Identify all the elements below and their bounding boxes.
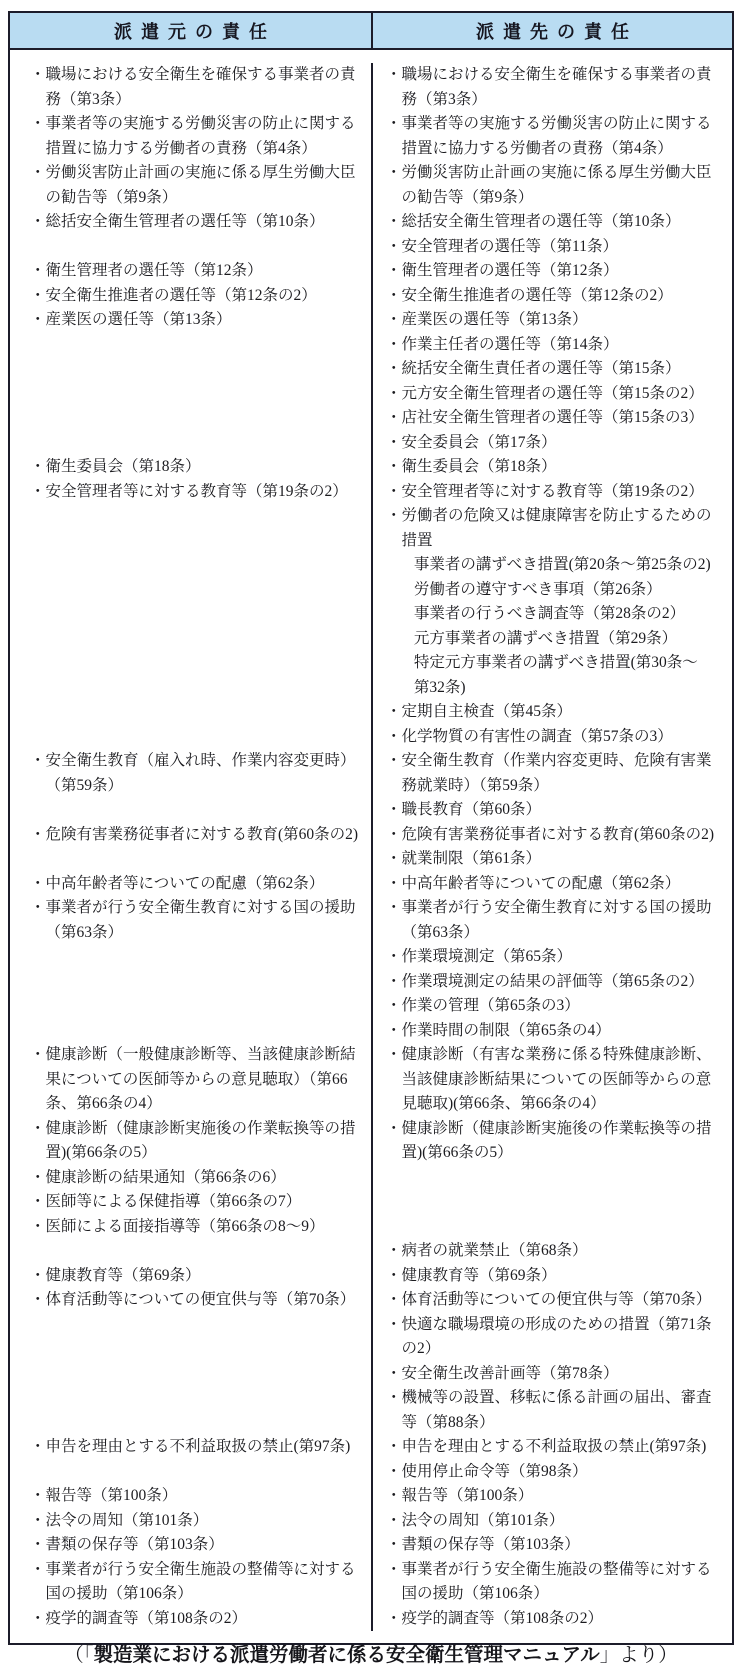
- client-cell: 労働者の遵守すべき事項（第26条）: [371, 578, 732, 603]
- client-cell: ・健康診断（健康診断実施後の作業転換等の措 置)(第66条の5）: [371, 1117, 732, 1166]
- table-row: ・快適な職場環境の形成のための措置（第71条 の2）: [10, 1313, 732, 1362]
- dispatcher-cell: ・産業医の選任等（第13条）: [10, 308, 371, 333]
- table-row: ・店社安全衛生管理者の選任等（第15条の3）: [10, 406, 732, 431]
- client-cell: ・申告を理由とする不利益取扱の禁止(第97条): [371, 1435, 732, 1460]
- dispatcher-cell: [10, 798, 371, 823]
- law-item: ・衛生委員会（第18条）: [386, 455, 727, 480]
- law-item: ・危険有害業務従事者に対する教育(第60条の2): [386, 823, 727, 848]
- law-item: ・衛生委員会（第18条）: [30, 455, 366, 480]
- client-cell: ・労働災害防止計画の実施に係る厚生労働大臣 の勧告等（第9条）: [371, 161, 732, 210]
- law-item: ・医師等による保健指導（第66条の7）: [30, 1190, 366, 1215]
- law-item: ・体育活動等についての便宜供与等（第70条）: [30, 1288, 366, 1313]
- header-dispatcher-responsibility: 派遣元の責任: [10, 13, 371, 48]
- dispatcher-cell: ・事業者が行う安全衛生教育に対する国の援助 （第63条）: [10, 896, 371, 945]
- client-cell: ・作業主任者の選任等（第14条）: [371, 333, 732, 358]
- table-row: ・労働災害防止計画の実施に係る厚生労働大臣 の勧告等（第9条）・労働災害防止計画…: [10, 161, 732, 210]
- table-header-row: 派遣元の責任 派遣先の責任: [10, 13, 732, 50]
- law-item: ・統括安全衛生責任者の選任等（第15条）: [386, 357, 727, 382]
- client-cell: ・安全衛生教育（作業内容変更時、危険有害業 務就業時）（第59条）: [371, 749, 732, 798]
- source-note: （「製造業における派遣労働者に係る安全衛生管理マニュアル」より）: [0, 1641, 742, 1671]
- table-row: 事業者の行うべき調査等（第28条の2）: [10, 602, 732, 627]
- law-item: ・体育活動等についての便宜供与等（第70条）: [386, 1288, 727, 1313]
- table-row: ・機械等の設置、移転に係る計画の届出、審査 等（第88条）: [10, 1386, 732, 1435]
- table-row: ・危険有害業務従事者に対する教育(第60条の2)・危険有害業務従事者に対する教育…: [10, 823, 732, 848]
- client-cell: ・安全衛生推進者の選任等（第12条の2）: [371, 284, 732, 309]
- law-item: ・中高年齢者等についての配慮（第62条）: [386, 872, 727, 897]
- table-row: ・元方安全衛生管理者の選任等（第15条の2）: [10, 382, 732, 407]
- client-cell: ・健康教育等（第69条）: [371, 1264, 732, 1289]
- dispatcher-cell: [10, 1362, 371, 1387]
- client-cell: [371, 1215, 732, 1240]
- law-item: ・安全管理者等に対する教育等（第19条の2）: [30, 480, 366, 505]
- table-row: ・健康診断（健康診断実施後の作業転換等の措 置)(第66条の5）・健康診断（健康…: [10, 1117, 732, 1166]
- client-cell: ・作業時間の制限（第65条の4）: [371, 1019, 732, 1044]
- dispatcher-cell: ・健康教育等（第69条）: [10, 1264, 371, 1289]
- table-row: 労働者の遵守すべき事項（第26条）: [10, 578, 732, 603]
- client-cell: ・作業環境測定の結果の評価等（第65条の2）: [371, 970, 732, 995]
- law-item: ・総括安全衛生管理者の選任等（第10条）: [386, 210, 727, 235]
- client-cell: ・中高年齢者等についての配慮（第62条）: [371, 872, 732, 897]
- dispatcher-cell: ・事業者が行う安全衛生施設の整備等に対する 国の援助（第106条）: [10, 1558, 371, 1607]
- law-item: ・報告等（第100条）: [386, 1484, 727, 1509]
- client-cell: ・元方安全衛生管理者の選任等（第15条の2）: [371, 382, 732, 407]
- dispatcher-cell: [10, 1386, 371, 1435]
- law-item: ・事業者が行う安全衛生教育に対する国の援助 （第63条）: [386, 896, 727, 945]
- table-row: ・作業の管理（第65条の3）: [10, 994, 732, 1019]
- dispatcher-cell: ・法令の周知（第101条）: [10, 1509, 371, 1534]
- client-cell: ・総括安全衛生管理者の選任等（第10条）: [371, 210, 732, 235]
- table-row: ・安全管理者等に対する教育等（第19条の2）・安全管理者等に対する教育等（第19…: [10, 480, 732, 505]
- client-cell: ・体育活動等についての便宜供与等（第70条）: [371, 1288, 732, 1313]
- law-item: ・労働者の危険又は健康障害を防止するための 措置: [386, 504, 727, 553]
- header-client-responsibility: 派遣先の責任: [371, 13, 732, 48]
- law-item: ・健康診断（健康診断実施後の作業転換等の措 置)(第66条の5）: [386, 1117, 727, 1166]
- dispatcher-cell: ・危険有害業務従事者に対する教育(第60条の2): [10, 823, 371, 848]
- comparison-table: 派遣元の責任 派遣先の責任 ・職場における安全衛生を確保する事業者の責 務（第3…: [8, 11, 734, 1645]
- client-cell: ・法令の周知（第101条）: [371, 1509, 732, 1534]
- law-item: ・職場における安全衛生を確保する事業者の責 務（第3条）: [386, 63, 727, 112]
- law-item: ・安全委員会（第17条）: [386, 431, 727, 456]
- law-item: ・衛生管理者の選任等（第12条）: [386, 259, 727, 284]
- client-cell: ・報告等（第100条）: [371, 1484, 732, 1509]
- dispatcher-cell: [10, 333, 371, 358]
- law-item: ・事業者が行う安全衛生教育に対する国の援助 （第63条）: [30, 896, 366, 945]
- dispatcher-cell: [10, 602, 371, 627]
- table-row: ・医師による面接指導等（第66条の8～9）: [10, 1215, 732, 1240]
- law-item: ・健康診断の結果通知（第66条の6）: [30, 1166, 366, 1191]
- dispatcher-cell: ・安全管理者等に対する教育等（第19条の2）: [10, 480, 371, 505]
- dispatcher-cell: [10, 553, 371, 578]
- table-row: ・衛生管理者の選任等（第12条）・衛生管理者の選任等（第12条）: [10, 259, 732, 284]
- client-cell: [371, 1190, 732, 1215]
- law-item: ・危険有害業務従事者に対する教育(第60条の2): [30, 823, 366, 848]
- table-row: ・事業者が行う安全衛生教育に対する国の援助 （第63条）・事業者が行う安全衛生教…: [10, 896, 732, 945]
- dispatcher-cell: [10, 235, 371, 260]
- law-item: 元方事業者の講ずべき措置（第29条）: [386, 627, 727, 652]
- client-cell: 事業者の行うべき調査等（第28条の2）: [371, 602, 732, 627]
- client-cell: ・作業環境測定（第65条）: [371, 945, 732, 970]
- law-item: ・作業の管理（第65条の3）: [386, 994, 727, 1019]
- dispatcher-cell: [10, 994, 371, 1019]
- dispatcher-cell: ・安全衛生推進者の選任等（第12条の2）: [10, 284, 371, 309]
- client-cell: ・快適な職場環境の形成のための措置（第71条 の2）: [371, 1313, 732, 1362]
- table-row: ・作業環境測定の結果の評価等（第65条の2）: [10, 970, 732, 995]
- law-item: ・法令の周知（第101条）: [30, 1509, 366, 1534]
- law-item: ・健康診断（健康診断実施後の作業転換等の措 置)(第66条の5）: [30, 1117, 366, 1166]
- table-row: ・安全管理者の選任等（第11条）: [10, 235, 732, 260]
- client-cell: ・安全管理者等に対する教育等（第19条の2）: [371, 480, 732, 505]
- dispatcher-cell: [10, 700, 371, 725]
- law-item: ・作業環境測定の結果の評価等（第65条の2）: [386, 970, 727, 995]
- table-row: ・労働者の危険又は健康障害を防止するための 措置: [10, 504, 732, 553]
- client-cell: ・安全衛生改善計画等（第78条）: [371, 1362, 732, 1387]
- table-row: ・産業医の選任等（第13条）・産業医の選任等（第13条）: [10, 308, 732, 333]
- dispatcher-cell: [10, 651, 371, 700]
- law-item: ・報告等（第100条）: [30, 1484, 366, 1509]
- dispatcher-cell: [10, 627, 371, 652]
- law-item: ・書類の保存等（第103条）: [30, 1533, 366, 1558]
- table-row: ・安全衛生教育（雇入れ時、作業内容変更時） （第59条）・安全衛生教育（作業内容…: [10, 749, 732, 798]
- law-item: ・病者の就業禁止（第68条）: [386, 1239, 727, 1264]
- source-note-prefix: （「: [64, 1645, 93, 1666]
- law-item: ・安全衛生教育（作業内容変更時、危険有害業 務就業時）（第59条）: [386, 749, 727, 798]
- dispatcher-cell: [10, 970, 371, 995]
- table-row: ・健康診断（一般健康診断等、当該健康診断結 果についての医師等からの意見聴取）（…: [10, 1043, 732, 1117]
- table-row: ・安全委員会（第17条）: [10, 431, 732, 456]
- client-cell: ・衛生管理者の選任等（第12条）: [371, 259, 732, 284]
- client-cell: ・作業の管理（第65条の3）: [371, 994, 732, 1019]
- table-row: ・作業主任者の選任等（第14条）: [10, 333, 732, 358]
- law-item: ・健康教育等（第69条）: [30, 1264, 366, 1289]
- law-item: ・労働災害防止計画の実施に係る厚生労働大臣 の勧告等（第9条）: [30, 161, 366, 210]
- client-cell: ・疫学的調査等（第108条の2）: [371, 1607, 732, 1632]
- dispatcher-cell: ・職場における安全衛生を確保する事業者の責 務（第3条）: [10, 63, 371, 112]
- dispatcher-cell: ・医師による面接指導等（第66条の8～9）: [10, 1215, 371, 1240]
- law-item: 労働者の遵守すべき事項（第26条）: [386, 578, 727, 603]
- client-cell: ・病者の就業禁止（第68条）: [371, 1239, 732, 1264]
- client-cell: ・労働者の危険又は健康障害を防止するための 措置: [371, 504, 732, 553]
- client-cell: ・店社安全衛生管理者の選任等（第15条の3）: [371, 406, 732, 431]
- client-cell: ・化学物質の有害性の調査（第57条の3）: [371, 725, 732, 750]
- table-row: ・病者の就業禁止（第68条）: [10, 1239, 732, 1264]
- table-row: ・申告を理由とする不利益取扱の禁止(第97条)・申告を理由とする不利益取扱の禁止…: [10, 1435, 732, 1460]
- table-row: ・定期自主検査（第45条）: [10, 700, 732, 725]
- law-item: ・労働災害防止計画の実施に係る厚生労働大臣 の勧告等（第9条）: [386, 161, 727, 210]
- table-row: 元方事業者の講ずべき措置（第29条）: [10, 627, 732, 652]
- dispatcher-cell: ・医師等による保健指導（第66条の7）: [10, 1190, 371, 1215]
- table-row: ・就業制限（第61条）: [10, 847, 732, 872]
- law-item: ・化学物質の有害性の調査（第57条の3）: [386, 725, 727, 750]
- source-note-title: 製造業における派遣労働者に係る安全衛生管理マニュアル: [94, 1645, 600, 1666]
- law-item: ・就業制限（第61条）: [386, 847, 727, 872]
- client-cell: ・衛生委員会（第18条）: [371, 455, 732, 480]
- dispatcher-cell: ・事業者等の実施する労働災害の防止に関する 措置に協力する労働者の責務（第4条）: [10, 112, 371, 161]
- dispatcher-cell: [10, 578, 371, 603]
- client-cell: 特定元方事業者の講ずべき措置(第30条～ 第32条): [371, 651, 732, 700]
- table-row: ・総括安全衛生管理者の選任等（第10条）・総括安全衛生管理者の選任等（第10条）: [10, 210, 732, 235]
- client-cell: 元方事業者の講ずべき措置（第29条）: [371, 627, 732, 652]
- client-cell: ・事業者等の実施する労働災害の防止に関する 措置に協力する労働者の責務（第4条）: [371, 112, 732, 161]
- law-item: ・事業者等の実施する労働災害の防止に関する 措置に協力する労働者の責務（第4条）: [30, 112, 366, 161]
- client-cell: ・機械等の設置、移転に係る計画の届出、審査 等（第88条）: [371, 1386, 732, 1435]
- law-item: ・店社安全衛生管理者の選任等（第15条の3）: [386, 406, 727, 431]
- client-cell: ・定期自主検査（第45条）: [371, 700, 732, 725]
- law-item: ・事業者等の実施する労働災害の防止に関する 措置に協力する労働者の責務（第4条）: [386, 112, 727, 161]
- document-page: 派遣元の責任 派遣先の責任 ・職場における安全衛生を確保する事業者の責 務（第3…: [0, 0, 742, 1679]
- dispatcher-cell: ・健康診断（健康診断実施後の作業転換等の措 置)(第66条の5）: [10, 1117, 371, 1166]
- law-item: ・安全衛生教育（雇入れ時、作業内容変更時） （第59条）: [30, 749, 366, 798]
- law-item: ・健康教育等（第69条）: [386, 1264, 727, 1289]
- law-item: 事業者の行うべき調査等（第28条の2）: [386, 602, 727, 627]
- law-item: 特定元方事業者の講ずべき措置(第30条～ 第32条): [386, 651, 727, 700]
- law-item: ・事業者が行う安全衛生施設の整備等に対する 国の援助（第106条）: [30, 1558, 366, 1607]
- dispatcher-cell: [10, 357, 371, 382]
- dispatcher-cell: ・体育活動等についての便宜供与等（第70条）: [10, 1288, 371, 1313]
- table-row: ・衛生委員会（第18条）・衛生委員会（第18条）: [10, 455, 732, 480]
- law-item: ・安全衛生改善計画等（第78条）: [386, 1362, 727, 1387]
- law-item: ・快適な職場環境の形成のための措置（第71条 の2）: [386, 1313, 727, 1362]
- table-row: ・使用停止命令等（第98条）: [10, 1460, 732, 1485]
- client-cell: ・統括安全衛生責任者の選任等（第15条）: [371, 357, 732, 382]
- law-item: ・疫学的調査等（第108条の2）: [30, 1607, 366, 1632]
- dispatcher-cell: [10, 1019, 371, 1044]
- dispatcher-cell: [10, 382, 371, 407]
- dispatcher-cell: ・中高年齢者等についての配慮（第62条）: [10, 872, 371, 897]
- table-row: ・安全衛生改善計画等（第78条）: [10, 1362, 732, 1387]
- dispatcher-cell: [10, 1460, 371, 1485]
- table-row: ・化学物質の有害性の調査（第57条の3）: [10, 725, 732, 750]
- dispatcher-cell: ・総括安全衛生管理者の選任等（第10条）: [10, 210, 371, 235]
- law-item: ・職長教育（第60条）: [386, 798, 727, 823]
- dispatcher-cell: ・衛生管理者の選任等（第12条）: [10, 259, 371, 284]
- table-row: ・体育活動等についての便宜供与等（第70条）・体育活動等についての便宜供与等（第…: [10, 1288, 732, 1313]
- table-row: ・法令の周知（第101条）・法令の周知（第101条）: [10, 1509, 732, 1534]
- client-cell: ・職場における安全衛生を確保する事業者の責 務（第3条）: [371, 63, 732, 112]
- law-item: ・健康診断（有害な業務に係る特殊健康診断、 当該健康診断結果についての医師等から…: [386, 1043, 727, 1117]
- table-row: ・職場における安全衛生を確保する事業者の責 務（第3条）・職場における安全衛生を…: [10, 63, 732, 112]
- dispatcher-cell: [10, 406, 371, 431]
- law-item: 事業者の講ずべき措置(第20条～第25条の2): [386, 553, 727, 578]
- dispatcher-cell: ・衛生委員会（第18条）: [10, 455, 371, 480]
- client-cell: ・使用停止命令等（第98条）: [371, 1460, 732, 1485]
- law-item: ・安全管理者の選任等（第11条）: [386, 235, 727, 260]
- law-item: ・定期自主検査（第45条）: [386, 700, 727, 725]
- law-item: ・申告を理由とする不利益取扱の禁止(第97条): [386, 1435, 727, 1460]
- law-item: ・申告を理由とする不利益取扱の禁止(第97条): [30, 1435, 366, 1460]
- dispatcher-cell: ・報告等（第100条）: [10, 1484, 371, 1509]
- dispatcher-cell: [10, 1313, 371, 1362]
- client-cell: ・産業医の選任等（第13条）: [371, 308, 732, 333]
- table-row: ・報告等（第100条）・報告等（第100条）: [10, 1484, 732, 1509]
- client-cell: ・就業制限（第61条）: [371, 847, 732, 872]
- dispatcher-cell: [10, 945, 371, 970]
- table-row: 特定元方事業者の講ずべき措置(第30条～ 第32条): [10, 651, 732, 700]
- dispatcher-cell: [10, 725, 371, 750]
- table-row: ・健康診断の結果通知（第66条の6）: [10, 1166, 732, 1191]
- law-item: ・健康診断（一般健康診断等、当該健康診断結 果についての医師等からの意見聴取）（…: [30, 1043, 366, 1117]
- table-row: ・健康教育等（第69条）・健康教育等（第69条）: [10, 1264, 732, 1289]
- table-row: ・安全衛生推進者の選任等（第12条の2）・安全衛生推進者の選任等（第12条の2）: [10, 284, 732, 309]
- law-item: ・使用停止命令等（第98条）: [386, 1460, 727, 1485]
- client-cell: ・職長教育（第60条）: [371, 798, 732, 823]
- source-note-suffix: 」より）: [600, 1645, 678, 1666]
- law-item: ・事業者が行う安全衛生施設の整備等に対する 国の援助（第106条）: [386, 1558, 727, 1607]
- client-cell: 事業者の講ずべき措置(第20条～第25条の2): [371, 553, 732, 578]
- client-cell: ・安全管理者の選任等（第11条）: [371, 235, 732, 260]
- client-cell: ・危険有害業務従事者に対する教育(第60条の2): [371, 823, 732, 848]
- client-cell: ・事業者が行う安全衛生施設の整備等に対する 国の援助（第106条）: [371, 1558, 732, 1607]
- law-item: ・作業時間の制限（第65条の4）: [386, 1019, 727, 1044]
- law-item: ・安全衛生推進者の選任等（第12条の2）: [386, 284, 727, 309]
- dispatcher-cell: ・安全衛生教育（雇入れ時、作業内容変更時） （第59条）: [10, 749, 371, 798]
- dispatcher-cell: [10, 431, 371, 456]
- dispatcher-cell: ・健康診断（一般健康診断等、当該健康診断結 果についての医師等からの意見聴取）（…: [10, 1043, 371, 1117]
- table-row: ・事業者が行う安全衛生施設の整備等に対する 国の援助（第106条）・事業者が行う…: [10, 1558, 732, 1607]
- law-item: ・元方安全衛生管理者の選任等（第15条の2）: [386, 382, 727, 407]
- law-item: ・作業環境測定（第65条）: [386, 945, 727, 970]
- law-item: ・書類の保存等（第103条）: [386, 1533, 727, 1558]
- dispatcher-cell: [10, 847, 371, 872]
- client-cell: ・書類の保存等（第103条）: [371, 1533, 732, 1558]
- table-row: ・統括安全衛生責任者の選任等（第15条）: [10, 357, 732, 382]
- table-body: ・職場における安全衛生を確保する事業者の責 務（第3条）・職場における安全衛生を…: [10, 50, 732, 1643]
- table-row: ・医師等による保健指導（第66条の7）: [10, 1190, 732, 1215]
- table-row: ・作業環境測定（第65条）: [10, 945, 732, 970]
- law-item: ・産業医の選任等（第13条）: [386, 308, 727, 333]
- dispatcher-cell: ・健康診断の結果通知（第66条の6）: [10, 1166, 371, 1191]
- law-item: ・法令の周知（第101条）: [386, 1509, 727, 1534]
- client-cell: [371, 1166, 732, 1191]
- table-row: ・疫学的調査等（第108条の2）・疫学的調査等（第108条の2）: [10, 1607, 732, 1632]
- table-row: 事業者の講ずべき措置(第20条～第25条の2): [10, 553, 732, 578]
- client-cell: ・事業者が行う安全衛生教育に対する国の援助 （第63条）: [371, 896, 732, 945]
- dispatcher-cell: ・書類の保存等（第103条）: [10, 1533, 371, 1558]
- law-item: ・医師による面接指導等（第66条の8～9）: [30, 1215, 366, 1240]
- dispatcher-cell: ・労働災害防止計画の実施に係る厚生労働大臣 の勧告等（第9条）: [10, 161, 371, 210]
- law-item: ・疫学的調査等（第108条の2）: [386, 1607, 727, 1632]
- law-item: ・機械等の設置、移転に係る計画の届出、審査 等（第88条）: [386, 1386, 727, 1435]
- client-cell: ・健康診断（有害な業務に係る特殊健康診断、 当該健康診断結果についての医師等から…: [371, 1043, 732, 1117]
- dispatcher-cell: ・疫学的調査等（第108条の2）: [10, 1607, 371, 1632]
- table-row: ・事業者等の実施する労働災害の防止に関する 措置に協力する労働者の責務（第4条）…: [10, 112, 732, 161]
- law-item: ・安全管理者等に対する教育等（第19条の2）: [386, 480, 727, 505]
- table-row: ・職長教育（第60条）: [10, 798, 732, 823]
- law-item: ・総括安全衛生管理者の選任等（第10条）: [30, 210, 366, 235]
- dispatcher-cell: [10, 1239, 371, 1264]
- table-row: ・書類の保存等（第103条）・書類の保存等（第103条）: [10, 1533, 732, 1558]
- law-item: ・職場における安全衛生を確保する事業者の責 務（第3条）: [30, 63, 366, 112]
- law-item: ・中高年齢者等についての配慮（第62条）: [30, 872, 366, 897]
- law-item: ・作業主任者の選任等（第14条）: [386, 333, 727, 358]
- law-item: ・衛生管理者の選任等（第12条）: [30, 259, 366, 284]
- table-row: ・中高年齢者等についての配慮（第62条）・中高年齢者等についての配慮（第62条）: [10, 872, 732, 897]
- client-cell: ・安全委員会（第17条）: [371, 431, 732, 456]
- dispatcher-cell: ・申告を理由とする不利益取扱の禁止(第97条): [10, 1435, 371, 1460]
- dispatcher-cell: [10, 504, 371, 553]
- table-row: ・作業時間の制限（第65条の4）: [10, 1019, 732, 1044]
- law-item: ・安全衛生推進者の選任等（第12条の2）: [30, 284, 366, 309]
- law-item: ・産業医の選任等（第13条）: [30, 308, 366, 333]
